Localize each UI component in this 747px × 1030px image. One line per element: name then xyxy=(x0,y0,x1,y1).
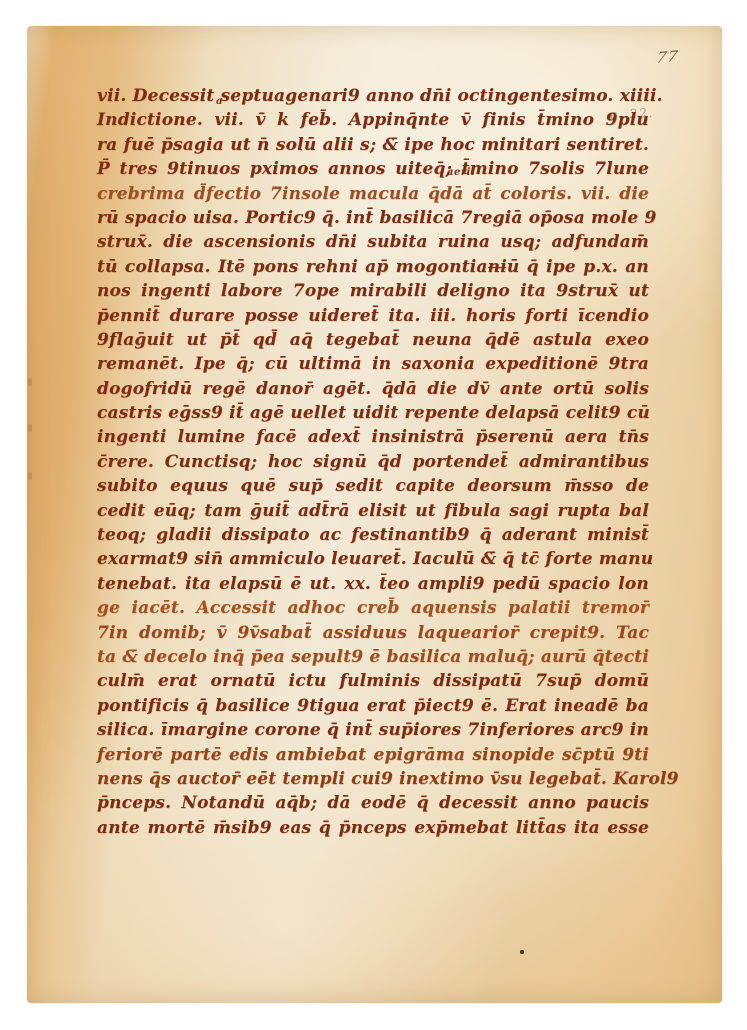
text-line: c̄rere. Cunctisq; hoc signū q̄d portend… xyxy=(97,450,649,474)
text-line: pontificis q̄ basilice 9tigua erat p̄iec… xyxy=(97,694,649,718)
text-line: vii. Decessit septuagenari9 anno dn̄i oc… xyxy=(97,84,649,108)
manuscript-page: 77 c. 22. a aerii vii. Decessit septuage… xyxy=(27,26,722,1003)
text-line: ge iacēt. Accessit adhoc creb̄ aquensis… xyxy=(97,596,649,620)
text-line: ante mortē m̄sib9 eas q̄ p̄nceps exp̄me… xyxy=(97,816,649,840)
text-line: castris eḡss9 it̄ agē uellet uidit rep… xyxy=(97,401,649,425)
scan-background: 77 c. 22. a aerii vii. Decessit septuage… xyxy=(0,0,747,1030)
ink-speck xyxy=(520,950,524,954)
text-line: subito equus quē sup̄ sedit capite deor… xyxy=(97,474,649,498)
text-line: p̄nceps. Notandū aq̄b; dā eodē q̄ dec… xyxy=(97,791,649,815)
text-line: dogofridū regē danor̄ agēt. q̄dā die… xyxy=(97,377,649,401)
text-line: rū spacio uisa. Portic9 q̄. int̄ basili… xyxy=(97,206,649,230)
text-line: P̄ tres 9tinuos pximos annos uiteq̄; t̄m… xyxy=(97,157,649,181)
text-line: remanēt. Ipe q̄; cū ultimā in saxonia… xyxy=(97,352,649,376)
text-line: exarmat9 sin̄ ammiculo leuaret̄. Iaculū… xyxy=(97,547,649,571)
folio-number: 77 xyxy=(655,47,680,67)
text-line: ra fuē p̄sagia ut n̄ solū alii s; &̄ i… xyxy=(97,133,649,157)
text-line: nos ingenti labore 7ope mirabili deligno… xyxy=(97,279,649,303)
text-line: 7in domib; v̄ 9v̄sabat̄ assiduus laquear… xyxy=(97,621,649,645)
text-line: Indictione. vii. v̄ k feb̄. Appinq̄nte v… xyxy=(97,108,649,132)
text-line: p̄ennit̄ durare posse uideret̄ ita. iii.… xyxy=(97,304,649,328)
binding-mark xyxy=(28,378,32,386)
text-line: teoq; gladii dissipato ac festinantib9 q… xyxy=(97,523,649,547)
text-line: ingenti lumine facē adext̄ insinistrā … xyxy=(97,425,649,449)
text-line: strux̄. die ascensionis dn̄i subita ruin… xyxy=(97,230,649,254)
text-line: tū collapsa. Itē pons rehni ap̄ mogont… xyxy=(97,255,649,279)
text-line: cedit eūq; tam ḡuit̄ adt̄rā elisit ut… xyxy=(97,499,649,523)
binding-mark xyxy=(28,472,32,480)
text-line: nens q̄s auctor̄ eēt templi cui9 inexti… xyxy=(97,767,649,791)
text-line: feriorē partē edis ambiebat epigrāma … xyxy=(97,743,649,767)
text-line: crebrima d̄fectio 7insole macula q̄dā a… xyxy=(97,182,649,206)
text-line: ta &̄ decelo inq̄ p̄ea sepult9 ē basili… xyxy=(97,645,649,669)
text-line: tenebat. ita elapsū ē ut. xx. t̄eo amp… xyxy=(97,572,649,596)
text-line: culm̄ erat ornatū ictu fulminis dissipa… xyxy=(97,669,649,693)
text-line: silica. īmargine corone q̄ int̄ sup̄ior… xyxy=(97,718,649,742)
binding-mark xyxy=(28,424,32,432)
text-block: vii. Decessit septuagenari9 anno dn̄i oc… xyxy=(97,84,649,840)
text-line: 9flaḡuit ut p̄t̄ qd̄ aq̄ tegebat̄ neuna… xyxy=(97,328,649,352)
